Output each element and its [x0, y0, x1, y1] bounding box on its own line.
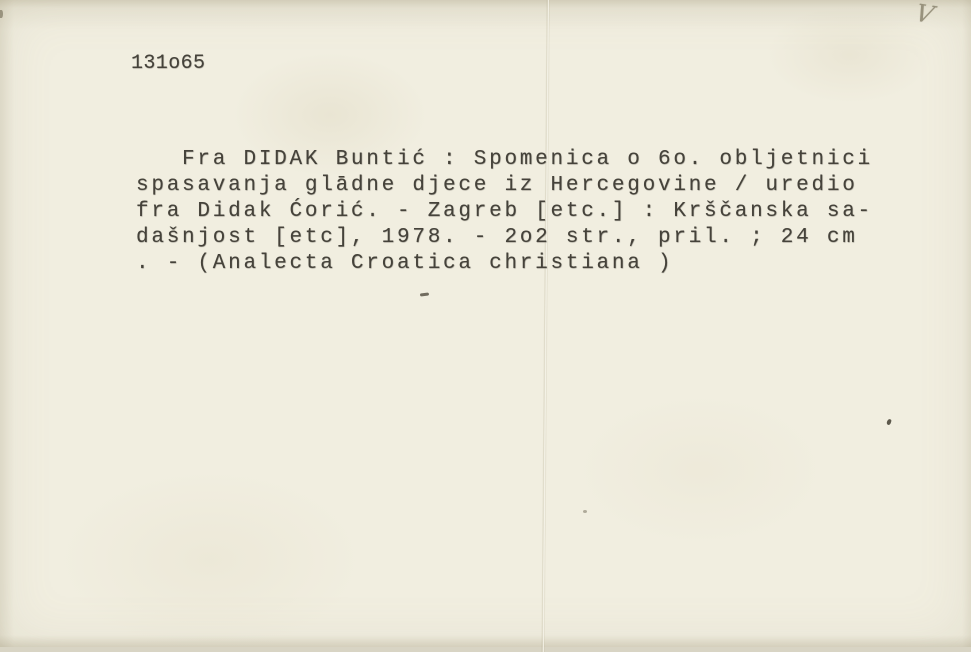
bibliographic-entry: Fra DIDAK Buntić : Spomenica o 6o. oblje…	[136, 147, 873, 277]
paper-speck	[583, 510, 587, 513]
ink-speck	[886, 419, 892, 426]
edge-mark	[0, 10, 3, 18]
entry-line: Fra DIDAK Buntić : Spomenica o 6o. oblje…	[136, 147, 873, 173]
ink-speck	[420, 292, 429, 296]
entry-line: fra Didak Ćorić. - Zagreb [etc.] : Kršča…	[136, 199, 873, 225]
entry-line: spasavanja glādne djece iz Hercegovine /…	[136, 173, 873, 199]
call-number: 131o65	[131, 51, 205, 77]
catalog-card: 131o65 V Fra DIDAK Buntić : Spomenica o …	[0, 0, 971, 647]
entry-line: dašnjost [etc], 1978. - 2o2 str., pril. …	[136, 225, 873, 251]
entry-line: . - (Analecta Croatica christiana )	[136, 251, 873, 277]
card-fold-crease	[541, 0, 550, 647]
handwritten-checkmark: V	[912, 0, 936, 29]
